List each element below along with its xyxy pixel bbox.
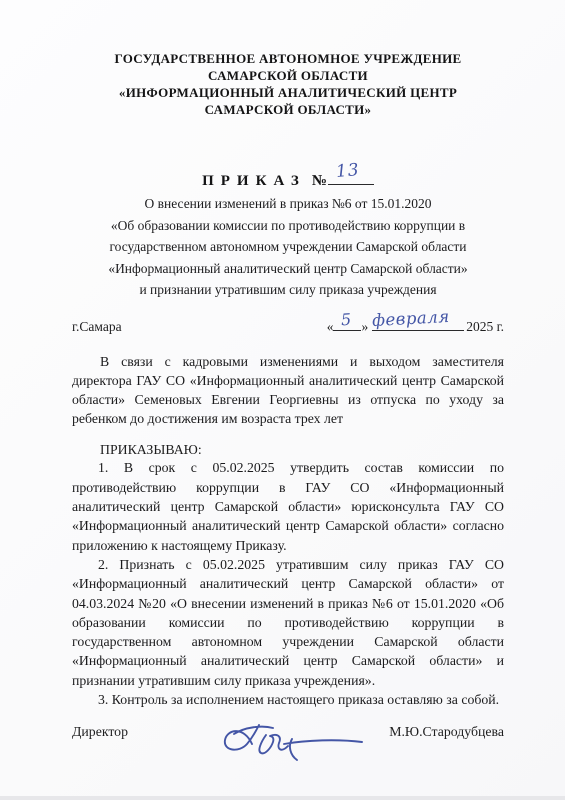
- order-number-slot: 13: [328, 167, 374, 185]
- signature-icon: [212, 714, 372, 770]
- month-slot: февраля: [372, 314, 464, 331]
- order-subject-line: О внесении изменений в приказ №6 от 15.0…: [72, 193, 504, 215]
- close-quote: »: [361, 319, 368, 334]
- open-quote: «: [327, 319, 334, 334]
- handwritten-month: февраля: [372, 306, 451, 329]
- dateline-year: 2025 г.: [466, 319, 504, 334]
- signature-row: Директор М.Ю.Стародубцева: [72, 724, 504, 740]
- document-column: ГОСУДАРСТВЕННОЕ АВТОНОМНОЕ УЧРЕЖДЕНИЕ СА…: [72, 0, 504, 740]
- order-item-1: 1. В срок с 05.02.2025 утвердить состав …: [72, 458, 504, 554]
- order-number-sign: №: [312, 173, 328, 189]
- order-subject-line: и признании утратившим силу приказа учре…: [72, 279, 504, 301]
- order-subject-line: «Информационный аналитический центр Сама…: [72, 258, 504, 280]
- signer-title: Директор: [72, 724, 128, 740]
- handwritten-day: 5: [341, 309, 352, 329]
- order-title: ПРИКАЗ№13: [72, 167, 504, 190]
- dateline: г.Самара «5»февраля2025 г.: [72, 314, 504, 335]
- dateline-date: «5»февраля2025 г.: [327, 314, 504, 335]
- order-subject-line: государственном автономном учреждении Са…: [72, 236, 504, 258]
- order-label: ПРИКАЗ: [202, 173, 306, 189]
- handwritten-order-number: 13: [335, 160, 360, 182]
- order-item-3: 3. Контроль за исполнением настоящего пр…: [72, 690, 504, 709]
- order-item-2: 2. Признать с 05.02.2025 утратившим силу…: [72, 555, 504, 690]
- dateline-city: г.Самара: [72, 319, 122, 335]
- resolution-heading: ПРИКАЗЫВАЮ:: [72, 442, 504, 458]
- org-header: ГОСУДАРСТВЕННОЕ АВТОНОМНОЕ УЧРЕЖДЕНИЕ СА…: [72, 50, 504, 118]
- order-items: 1. В срок с 05.02.2025 утвердить состав …: [72, 458, 504, 709]
- day-slot: 5: [333, 314, 361, 331]
- org-header-line: САМАРСКОЙ ОБЛАСТИ: [72, 67, 504, 84]
- org-header-line: «ИНФОРМАЦИОННЫЙ АНАЛИТИЧЕСКИЙ ЦЕНТР: [72, 84, 504, 101]
- preamble-paragraph: В связи с кадровыми изменениями и выходо…: [72, 352, 504, 429]
- order-subject-line: «Об образовании комиссии по противодейст…: [72, 215, 504, 237]
- signer-name: М.Ю.Стародубцева: [389, 724, 504, 740]
- order-subject: О внесении изменений в приказ №6 от 15.0…: [72, 193, 504, 301]
- org-header-line: ГОСУДАРСТВЕННОЕ АВТОНОМНОЕ УЧРЕЖДЕНИЕ: [72, 50, 504, 67]
- scanned-order-page: ГОСУДАРСТВЕННОЕ АВТОНОМНОЕ УЧРЕЖДЕНИЕ СА…: [0, 0, 565, 800]
- org-header-line: САМАРСКОЙ ОБЛАСТИ»: [72, 101, 504, 118]
